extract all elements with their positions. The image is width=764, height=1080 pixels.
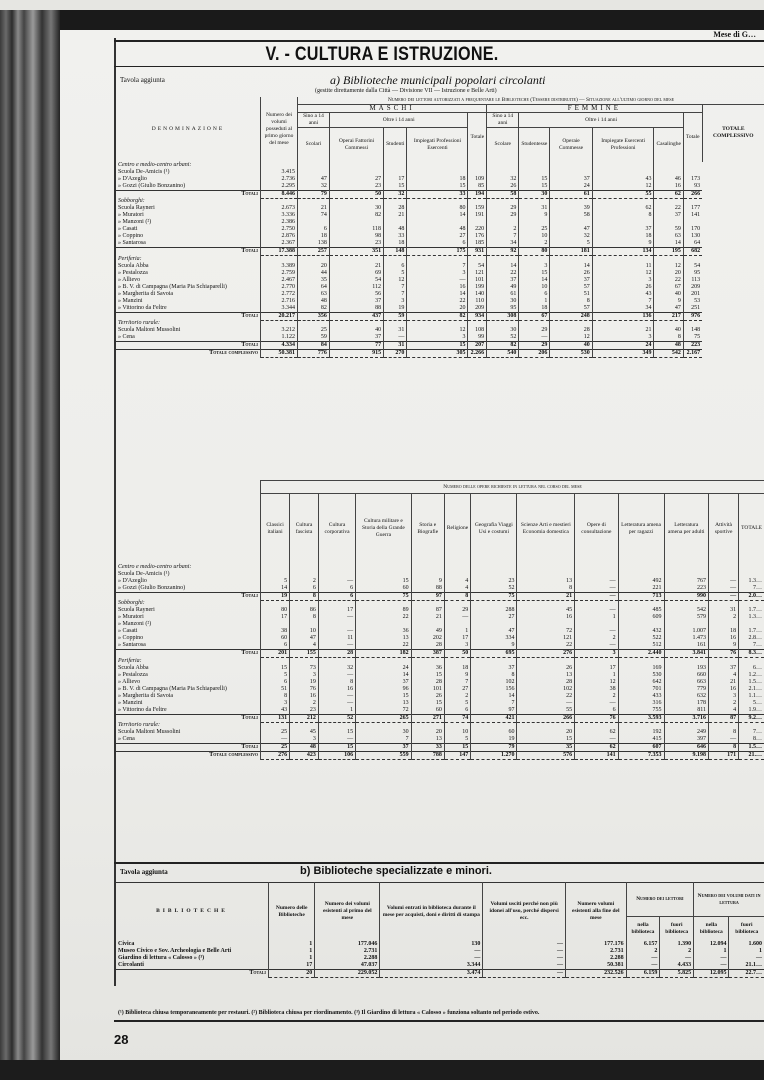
value: 7… (739, 585, 764, 593)
value: 22 (654, 205, 683, 212)
scan-bottom-edge (0, 1060, 764, 1080)
value: 755 (618, 707, 664, 715)
total-value: 695 (471, 650, 517, 658)
value: 56 (329, 291, 383, 298)
row-name: » Manzini (116, 298, 261, 305)
value: 27 (329, 176, 383, 183)
value: 37 (487, 277, 519, 284)
value: 32 (318, 665, 355, 672)
grand-total-value: 576 (517, 752, 575, 760)
spacer (407, 320, 468, 327)
value: 47 (471, 628, 517, 635)
value: 7 (384, 284, 407, 291)
value (444, 571, 470, 578)
value (654, 169, 683, 176)
value: 10 (444, 729, 470, 736)
value: 433 (618, 693, 664, 700)
total-value: 12.095 (694, 969, 729, 977)
total-value: 35 (517, 744, 575, 752)
value: 20 (517, 729, 575, 736)
spacer (298, 162, 330, 169)
grand-total-value: 423 (290, 752, 319, 760)
value: 3.344 (261, 305, 298, 313)
value: 1 (444, 628, 470, 635)
total-value: 4.334 (261, 342, 298, 350)
value: 27 (444, 686, 470, 693)
spacer (318, 658, 355, 665)
value: 67 (654, 284, 683, 291)
value: 9 (471, 642, 517, 650)
value (519, 219, 550, 226)
value: 19 (471, 736, 517, 744)
value: 13 (356, 700, 411, 707)
value: 2.386 (261, 219, 298, 226)
value (261, 571, 290, 578)
value: 30 (487, 327, 519, 334)
spacer (261, 600, 290, 607)
footnotes: (¹) Biblioteca chiusa temporaneamente pe… (118, 1010, 539, 1016)
value: 2 (487, 226, 519, 233)
row-name: » Casati (116, 226, 261, 233)
value: 7 (384, 291, 407, 298)
spacer (468, 256, 487, 263)
total-value: 248 (550, 312, 592, 320)
value: 87 (411, 607, 444, 614)
total-value: 25 (261, 744, 290, 752)
value: 17 (384, 176, 407, 183)
value: 15 (384, 183, 407, 191)
spacer (471, 722, 517, 729)
value (290, 621, 319, 628)
value: 223 (664, 585, 709, 593)
spacer (709, 600, 739, 607)
col-biblioteche: BIBLIOTECHE (116, 883, 269, 941)
value: 130 (380, 941, 483, 948)
value: 51 (550, 291, 592, 298)
row-name: » Allievo (116, 679, 261, 686)
total-value: 131 (261, 714, 290, 722)
value: 43 (592, 291, 654, 298)
m-col-totale: Totale (468, 113, 487, 162)
group-label: Centro e medio-centro urbani: (116, 564, 261, 571)
value: 13 (411, 736, 444, 744)
m-col-impiegati: Impiegati Professioni Esercenti (407, 128, 468, 162)
total-value: 50 (444, 650, 470, 658)
spacer (444, 600, 470, 607)
total-value: — (483, 969, 566, 977)
total-value: 6.159 (626, 969, 660, 977)
value: 7… (739, 729, 764, 736)
value: — (709, 736, 739, 744)
total-value: 59 (384, 312, 407, 320)
total-value: 8 (290, 592, 319, 600)
value: 93 (683, 183, 702, 191)
value: 12.094 (694, 941, 729, 948)
value: — (626, 962, 660, 970)
group-header-row: Sobborghi: (116, 600, 764, 607)
value: 16 (290, 693, 319, 700)
value: 47 (298, 176, 330, 183)
value: 54 (329, 277, 383, 284)
value: 2.673 (261, 205, 298, 212)
value: 110 (468, 298, 487, 305)
total-value: 97 (411, 592, 444, 600)
total-value: 52 (318, 714, 355, 722)
value: 3 (592, 277, 654, 284)
value: — (318, 700, 355, 707)
group-header-row: Territorio rurale: (116, 722, 764, 729)
spacer (618, 564, 664, 571)
row-name: » Pestalozza (116, 270, 261, 277)
value: 1.600 (729, 941, 764, 948)
grand-total-value: 9.198 (664, 752, 709, 760)
spacer (592, 162, 654, 169)
value: 4 (290, 642, 319, 650)
table-b-title: b) Biblioteche specializzate e minori. (300, 865, 492, 877)
value: 53 (683, 298, 702, 305)
total-value: 28 (318, 650, 355, 658)
value: 7 (592, 298, 654, 305)
spacer (709, 564, 739, 571)
row-name: » Santarosa (116, 642, 261, 650)
spacer (290, 722, 319, 729)
value: 6 (290, 585, 319, 593)
total-value: 75 (356, 592, 411, 600)
value: 169 (618, 665, 664, 672)
value: 29 (487, 205, 519, 212)
value: 21 (709, 679, 739, 686)
total-value: 79 (471, 744, 517, 752)
value: 20 (411, 729, 444, 736)
row-name: Scuola Rayneri (116, 607, 261, 614)
spacer (471, 564, 517, 571)
table-row: Museo Civico e Sov. Archeologia e Belle … (116, 948, 764, 955)
value: 1 (269, 941, 315, 948)
spacer (384, 320, 407, 327)
spacer (290, 564, 319, 571)
value: 89 (356, 607, 411, 614)
total-value: 934 (468, 312, 487, 320)
table-row: » Cena1.1225937—39952—123875 (116, 334, 764, 342)
value: 49 (411, 628, 444, 635)
value: 1 (729, 948, 764, 955)
spacer (517, 658, 575, 665)
table-row: Scuola Abba3.3892021675414314111254 (116, 263, 764, 270)
spacer (407, 162, 468, 169)
value: 220 (468, 226, 487, 233)
total-value: 82 (487, 342, 519, 350)
value: 579 (664, 614, 709, 621)
value: 60 (356, 585, 411, 593)
value: 12 (575, 679, 619, 686)
col-totale-complessivo: TOTALE COMPLESSIVO (702, 105, 764, 162)
grand-total-label: Totale complessivo (116, 350, 261, 358)
value: 40 (329, 327, 383, 334)
value: 30 (356, 729, 411, 736)
value: 5 (261, 672, 290, 679)
value: 8 (290, 614, 319, 621)
works-header: Numero delle opere richieste in lettura … (261, 481, 764, 494)
value: 18 (592, 233, 654, 240)
m-sino14: Sino a 14 anni (298, 113, 330, 128)
value: 4 (709, 672, 739, 679)
col-volumi-entrati: Volumi entrati in biblioteca durante il … (380, 883, 483, 941)
total-value: — (709, 592, 739, 600)
spacer (664, 564, 709, 571)
total-value: 212 (290, 714, 319, 722)
table-a-title: a) Biblioteche municipali popolari circo… (330, 73, 546, 88)
value: 15 (411, 672, 444, 679)
totals-row: Totali25481537331579356260764681.5… (116, 744, 764, 752)
value: 2.759 (261, 270, 298, 277)
value: 130 (683, 233, 702, 240)
total-value: 82 (407, 312, 468, 320)
spacer (356, 658, 411, 665)
value: 1.473 (664, 635, 709, 642)
total-value: 33 (411, 744, 444, 752)
value: 15 (318, 729, 355, 736)
value (261, 621, 290, 628)
total-value: 2.0… (739, 592, 764, 600)
total-value: 134 (592, 248, 654, 256)
value: 6 (318, 585, 355, 593)
value: 62 (592, 205, 654, 212)
total-value: 182 (356, 650, 411, 658)
value (471, 571, 517, 578)
value: 37 (550, 277, 592, 284)
value: 14 (356, 672, 411, 679)
spacer (487, 256, 519, 263)
value: 21 (329, 263, 383, 270)
total-value: 2.440 (618, 650, 664, 658)
total-value: 6 (318, 592, 355, 600)
value: 16 (407, 284, 468, 291)
grand-total-value: 559 (356, 752, 411, 760)
value: 512 (618, 642, 664, 650)
row-name: » Vittorino da Feltre (116, 305, 261, 313)
total-value: 356 (298, 312, 330, 320)
spacer (261, 722, 290, 729)
totals-label: Totali (116, 190, 261, 198)
value: 14 (261, 585, 290, 593)
total-value: 61 (550, 190, 592, 198)
value: 177.046 (315, 941, 380, 948)
total-value: 3.593 (618, 714, 664, 722)
value: 1.3… (739, 578, 764, 585)
value: — (483, 955, 566, 962)
total-value: 33 (407, 190, 468, 198)
value: 3.212 (261, 327, 298, 334)
specialized-body: Civica1177.046130—177.1766.1571.39012.09… (116, 941, 764, 978)
value: 54 (468, 263, 487, 270)
value: 85 (468, 183, 487, 191)
total-value: 15 (407, 342, 468, 350)
table-row: Civica1177.046130—177.1766.1571.39012.09… (116, 941, 764, 948)
value: — (575, 628, 619, 635)
spacer (444, 658, 470, 665)
value (709, 621, 739, 628)
row-name: » Margherita di Savoia (116, 291, 261, 298)
table-row: » Muratori3.3367482211419129958837141 (116, 212, 764, 219)
value: 8 (471, 672, 517, 679)
value: 95 (487, 305, 519, 313)
col-volumi-fine: Numero volumi esistenti alla fine del me… (565, 883, 626, 941)
value: 1 (269, 948, 315, 955)
table-row: » Casati3810—364914772—4321.007181.7… (116, 628, 764, 635)
value: 7… (739, 642, 764, 650)
value: 38 (261, 628, 290, 635)
total-value: 62 (654, 190, 683, 198)
value: 17 (318, 607, 355, 614)
total-value: 276 (517, 650, 575, 658)
value: 59 (298, 334, 330, 342)
row-name: » Margherita di Savoia (116, 693, 261, 700)
value: 2.716 (261, 298, 298, 305)
spacer (407, 256, 468, 263)
top-rule (114, 40, 764, 42)
works-col: Cultura fascista (290, 494, 319, 564)
group-header-row: Periferia: (116, 658, 764, 665)
col-denominazione: DENOMINAZIONE (116, 97, 261, 162)
value: 58 (550, 212, 592, 219)
total-value: 87 (709, 714, 739, 722)
spacer (592, 198, 654, 205)
value: 82 (298, 305, 330, 313)
value: 6 (261, 679, 290, 686)
works-col: Cultura militare e Storia della Grande G… (356, 494, 411, 564)
row-name: Scuola Abba (116, 665, 261, 672)
total-value: 48 (654, 342, 683, 350)
row-name: » D'Azeglio (116, 578, 261, 585)
value: 55 (517, 707, 575, 715)
value (298, 219, 330, 226)
total-value: 75 (471, 592, 517, 600)
value: 17 (261, 614, 290, 621)
value: 45 (517, 607, 575, 614)
value: 3.344 (380, 962, 483, 970)
value: 88 (329, 305, 383, 313)
total-value: 387 (411, 650, 444, 658)
value: 34 (487, 240, 519, 248)
value: 37 (356, 679, 411, 686)
total-value: 31 (384, 342, 407, 350)
value: 72 (517, 628, 575, 635)
value: 48 (407, 226, 468, 233)
value: 18 (519, 305, 550, 313)
value: 14 (519, 277, 550, 284)
row-name: » Allievo (116, 277, 261, 284)
spacer (411, 564, 444, 571)
value: 4 (709, 707, 739, 715)
spacer (356, 722, 411, 729)
f-col-totale: Totale (683, 113, 702, 162)
grand-total-value: 915 (329, 350, 383, 358)
spacer (618, 658, 664, 665)
total-value: 3 (575, 650, 619, 658)
total-value: 5.825 (660, 969, 694, 977)
row-name: » Gozzi (Giulio Bonzanino) (116, 585, 261, 593)
value: 8 (592, 212, 654, 219)
value: 33 (384, 233, 407, 240)
value: 57 (550, 305, 592, 313)
value: 3 (407, 270, 468, 277)
value: — (729, 955, 764, 962)
value: — (660, 955, 694, 962)
value: 2.750 (261, 226, 298, 233)
value: 13 (517, 578, 575, 585)
value: 9 (444, 672, 470, 679)
value (444, 621, 470, 628)
value: 37 (709, 665, 739, 672)
spacer (411, 600, 444, 607)
spacer (575, 658, 619, 665)
value: 18 (298, 233, 330, 240)
col-volumi: Numero dei volumi posseduti al primo gio… (261, 97, 298, 162)
total-value: 713 (618, 592, 664, 600)
value (517, 571, 575, 578)
value: 5 (384, 270, 407, 277)
value: 209 (683, 284, 702, 291)
value: 2 (626, 948, 660, 955)
section-rule (114, 862, 764, 864)
value: 95 (683, 270, 702, 277)
value: 316 (618, 700, 664, 707)
value: 86 (290, 607, 319, 614)
value: — (318, 578, 355, 585)
grand-total-value: 50.381 (261, 350, 298, 358)
value: 72 (356, 707, 411, 715)
value: 6 (519, 291, 550, 298)
table-row: Scuola Maltoni Mussolini2545153020106020… (116, 729, 764, 736)
value: — (575, 578, 619, 585)
value: 48 (298, 298, 330, 305)
grand-total-row: Totale complessivo2764231065597881471.27… (116, 752, 764, 760)
value: 2 (575, 693, 619, 700)
value: 251 (683, 305, 702, 313)
row-name: » D'Azeglio (116, 176, 261, 183)
value: 492 (618, 578, 664, 585)
value: 24 (356, 665, 411, 672)
works-body: Centro e medio-centro urbani:Scuola De-A… (116, 564, 764, 760)
value: 37 (471, 665, 517, 672)
value: 15 (407, 183, 468, 191)
spacer (356, 564, 411, 571)
value: 12 (384, 277, 407, 284)
value: 22 (356, 642, 411, 650)
group-label: Periferia: (116, 256, 261, 263)
value: — (575, 700, 619, 707)
total-value: 155 (290, 650, 319, 658)
value: 15 (356, 693, 411, 700)
value: 202 (411, 635, 444, 642)
table-a-tag: Tavola aggiunta (120, 76, 165, 84)
spacer (471, 658, 517, 665)
value: 28 (517, 679, 575, 686)
value: 288 (471, 607, 517, 614)
value: 14 (407, 212, 468, 219)
row-name: Scuola Maltoni Mussolini (116, 729, 261, 736)
grand-total-value: 276 (261, 752, 290, 760)
spacer (517, 600, 575, 607)
row-name: Scuola Rayneri (116, 205, 261, 212)
value: 18 (444, 665, 470, 672)
value: 1 (519, 298, 550, 305)
value: 21 (592, 327, 654, 334)
total-value: 67 (519, 312, 550, 320)
value: 161 (664, 642, 709, 650)
spacer (261, 162, 298, 169)
value: 47 (550, 226, 592, 233)
